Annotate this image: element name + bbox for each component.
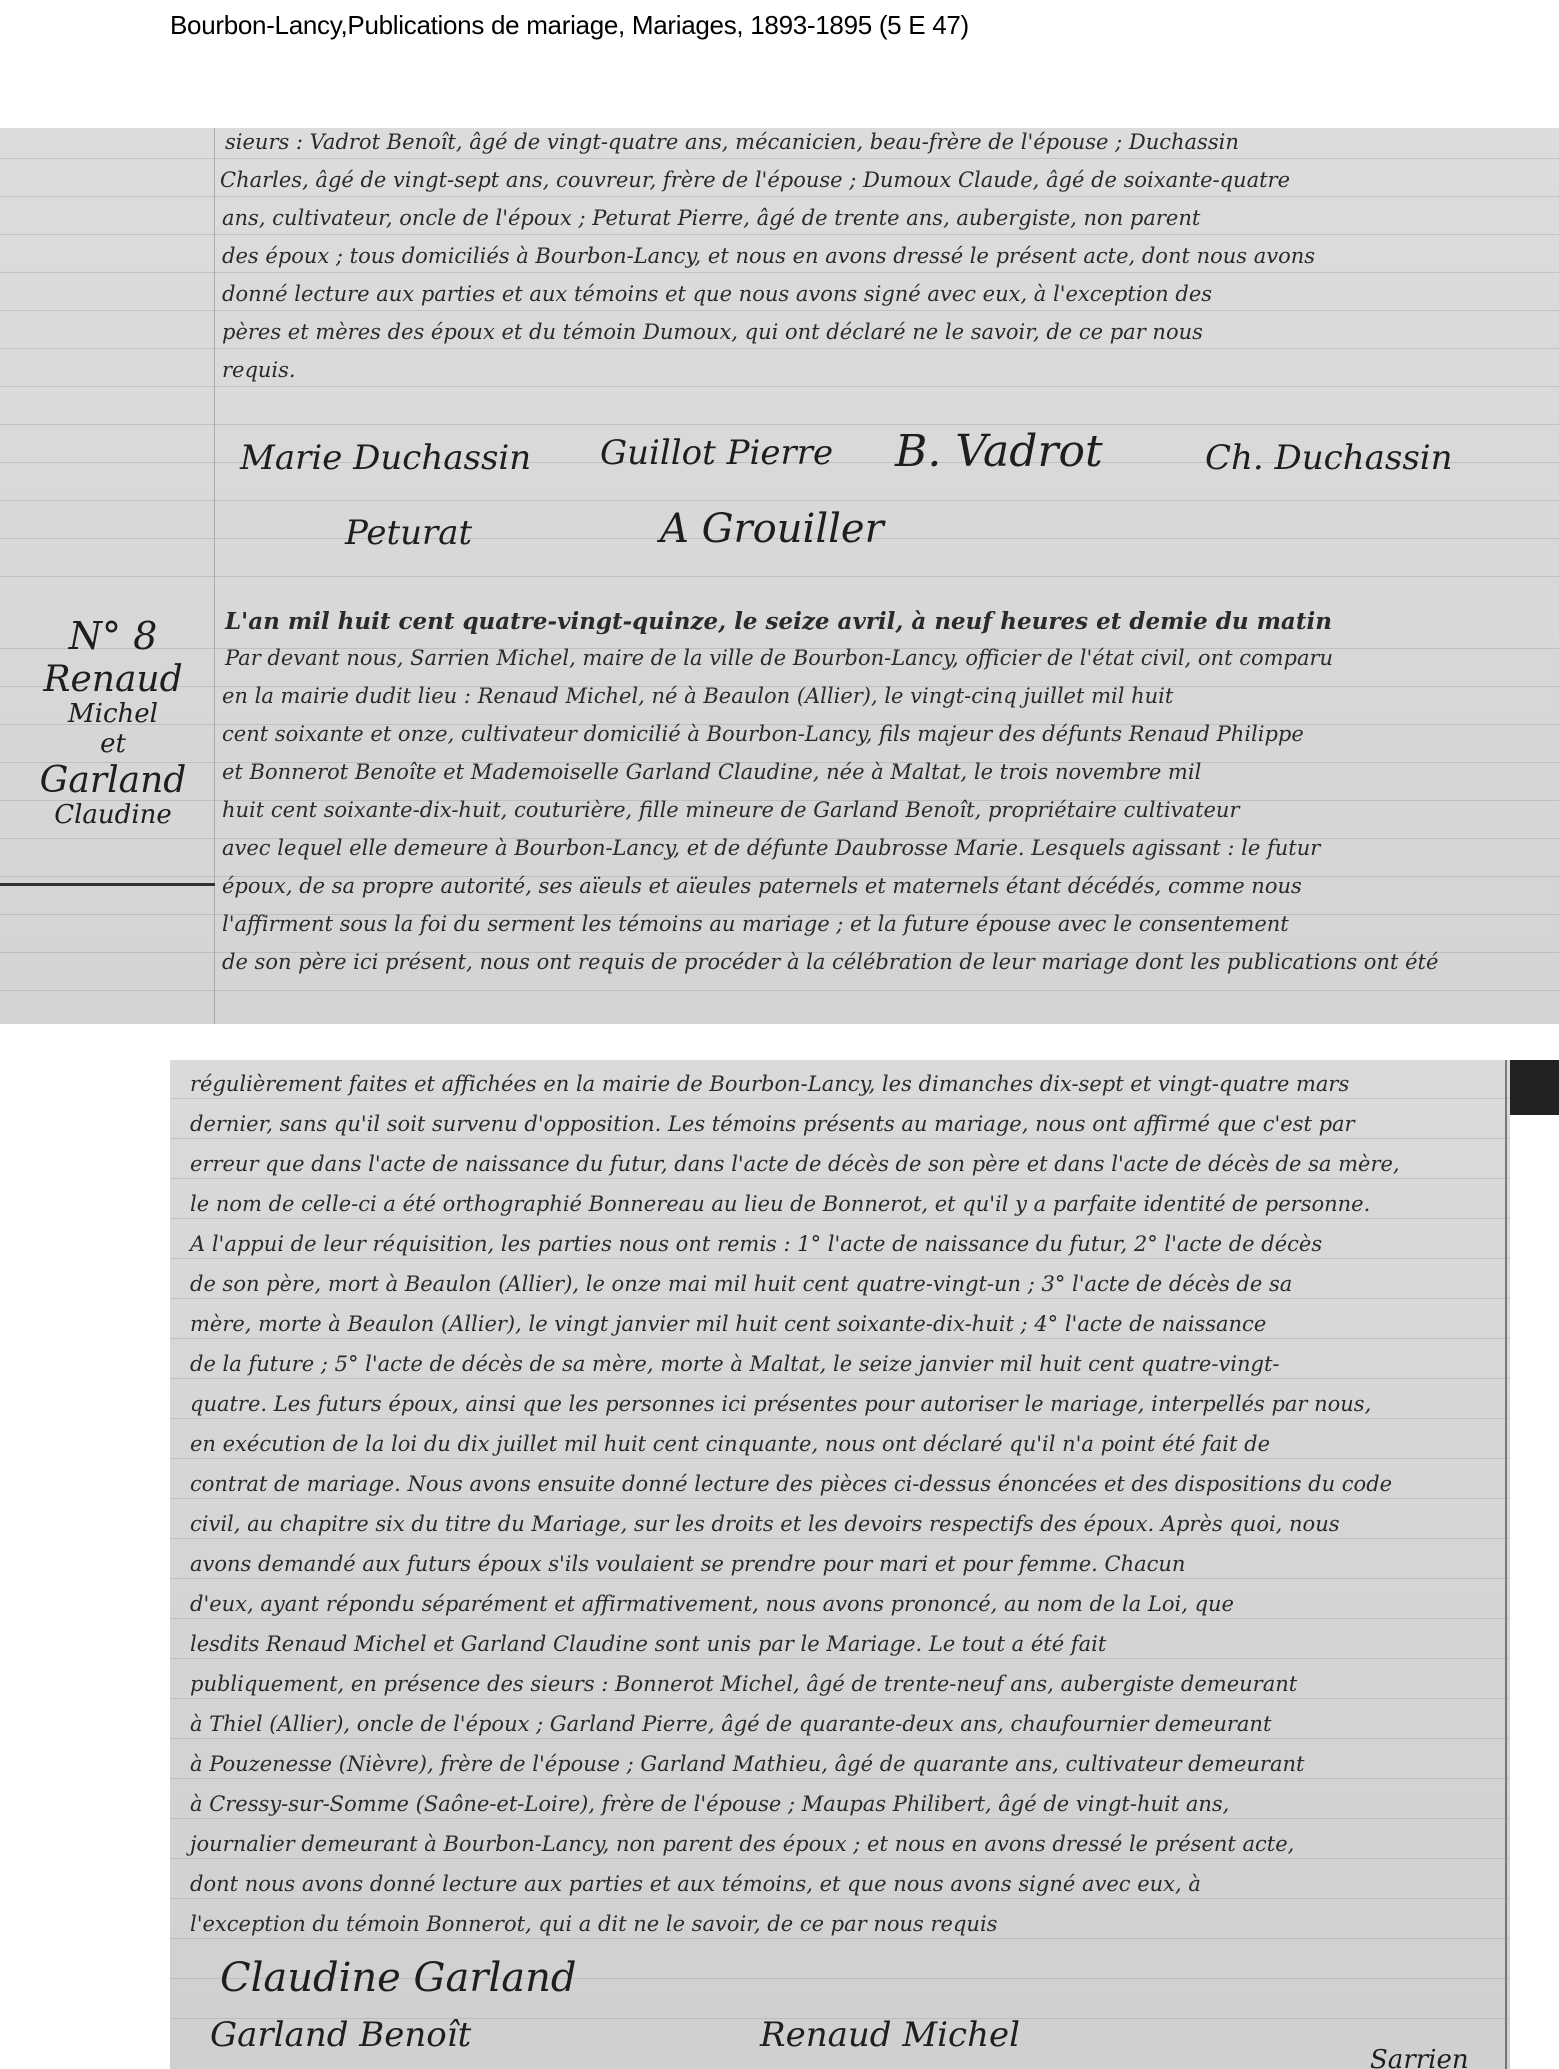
act-opening-line: L'an mil huit cent quatre-vingt-quinze, … [225,608,1332,635]
text-line: donné lecture aux parties et aux témoins… [222,282,1212,306]
margin-annotation: N° 8 Renaud Michel et Garland Claudine [18,615,208,831]
signature: Ch. Duchassin [1205,438,1453,478]
text-line: pères et mères des époux et du témoin Du… [222,320,1203,344]
text-line: dernier, sans qu'il soit survenu d'oppos… [190,1112,1355,1136]
text-line: quatre. Les futurs époux, ainsi que les … [190,1392,1371,1416]
act-number: N° 8 [18,615,208,659]
text-line: de son père, mort à Beaulon (Allier), le… [190,1272,1292,1296]
signature: Marie Duchassin [240,438,531,478]
scan-edge-shadow [1510,1060,1559,1115]
signature: Claudine Garland [220,1955,576,2001]
register-page-top: sieurs : Vadrot Benoît, âgé de vingt-qua… [0,128,1559,1024]
text-line: cent soixante et onze, cultivateur domic… [222,722,1304,746]
signature: Garland Benoît [210,2015,471,2055]
groom-first-name: Michel [18,700,208,730]
text-line: à Cressy-sur-Somme (Saône-et-Loire), frè… [190,1792,1229,1816]
text-line: avons demandé aux futurs époux s'ils vou… [190,1552,1185,1576]
text-line: requis. [222,358,296,382]
text-line: en exécution de la loi du dix juillet mi… [190,1432,1270,1456]
text-line: régulièrement faites et affichées en la … [190,1072,1349,1096]
bride-surname: Garland [18,760,208,801]
bride-first-name: Claudine [18,801,208,831]
text-line: de son père ici présent, nous ont requis… [222,950,1438,974]
signature: Guillot Pierre [600,433,833,473]
text-line: avec lequel elle demeure à Bourbon-Lancy… [222,836,1320,860]
text-line: sieurs : Vadrot Benoît, âgé de vingt-qua… [225,130,1239,154]
text-line: en la mairie dudit lieu : Renaud Michel,… [222,684,1173,708]
text-line: mère, morte à Beaulon (Allier), le vingt… [190,1312,1266,1336]
text-line: lesdits Renaud Michel et Garland Claudin… [190,1632,1106,1656]
text-line: d'eux, ayant répondu séparément et affir… [190,1592,1234,1616]
text-line: contrat de mariage. Nous avons ensuite d… [190,1472,1392,1496]
groom-surname: Renaud [18,659,208,700]
signature: A Grouiller [660,506,884,552]
text-line: de la future ; 5° l'acte de décès de sa … [190,1352,1280,1376]
text-line: à Thiel (Allier), oncle de l'époux ; Gar… [190,1712,1271,1736]
signature: Peturat [345,513,472,553]
text-line: dont nous avons donné lecture aux partie… [190,1872,1201,1896]
text-line: publiquement, en présence des sieurs : B… [190,1672,1297,1696]
text-line: le nom de celle-ci a été orthographié Bo… [190,1192,1370,1216]
page-header-title: Bourbon-Lancy,Publications de mariage, M… [170,10,969,41]
register-page-bottom: régulièrement faites et affichées en la … [170,1060,1510,2069]
text-line: journalier demeurant à Bourbon-Lancy, no… [190,1832,1294,1856]
text-line: et Bonnerot Benoîte et Mademoiselle Garl… [222,760,1201,784]
text-line: huit cent soixante-dix-huit, couturière,… [222,798,1240,822]
signature: Renaud Michel [760,2015,1020,2055]
signature: B. Vadrot [895,426,1103,477]
text-line: ans, cultivateur, oncle de l'époux ; Pet… [222,206,1200,230]
text-line: l'exception du témoin Bonnerot, qui a di… [190,1912,997,1936]
text-line: A l'appui de leur réquisition, les parti… [190,1232,1322,1256]
text-line: civil, au chapitre six du titre du Maria… [190,1512,1340,1536]
text-line: erreur que dans l'acte de naissance du f… [190,1152,1400,1176]
text-line: Charles, âgé de vingt-sept ans, couvreur… [220,168,1290,192]
text-line: époux, de sa propre autorité, ses aïeuls… [222,874,1302,898]
text-line: des époux ; tous domiciliés à Bourbon-La… [222,244,1315,268]
conjunction: et [18,730,208,760]
signature: Sarrien [1370,2045,1469,2069]
margin-divider [0,883,215,886]
text-line: à Pouzenesse (Nièvre), frère de l'épouse… [190,1752,1304,1776]
page-edge-rule [1505,1060,1507,2069]
text-line: l'affirment sous la foi du serment les t… [222,912,1289,936]
text-line: Par devant nous, Sarrien Michel, maire d… [225,646,1333,670]
